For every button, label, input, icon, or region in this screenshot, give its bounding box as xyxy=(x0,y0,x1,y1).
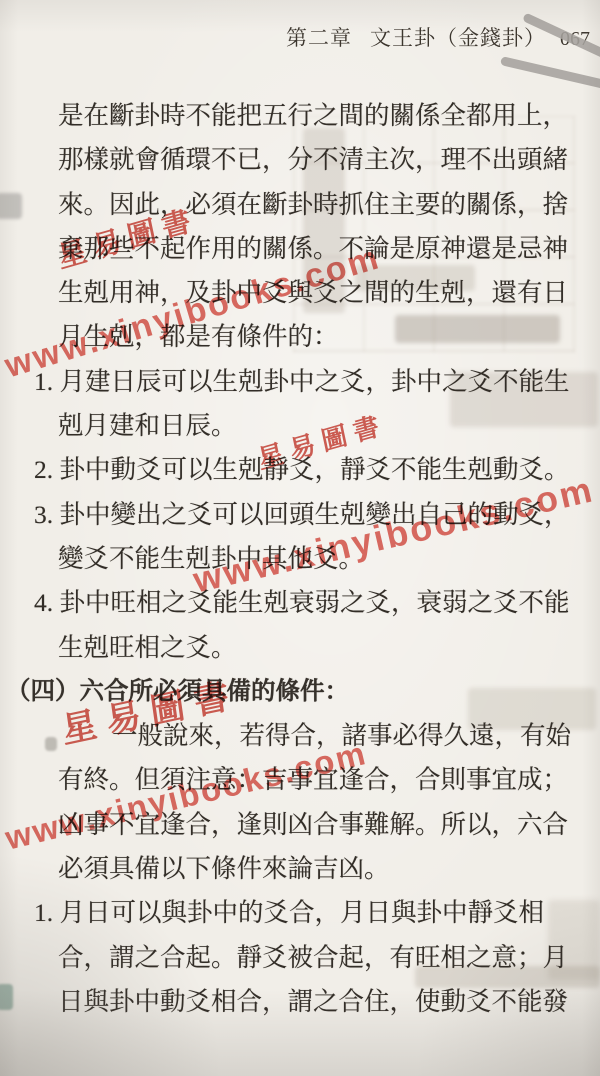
list-item-line: 1. 月日可以與卦中的爻合，月日與卦中靜爻相 xyxy=(34,891,598,935)
list-item-line: 合，謂之合起。靜爻被合起，有旺相之意；月 xyxy=(58,936,598,980)
list-item-line: 生剋旺相之爻。 xyxy=(58,626,598,670)
text-line: 必須具備以下條件來論吉凶。 xyxy=(58,847,598,891)
list-item-line: 1. 月建日辰可以生剋卦中之爻，卦中之爻不能生 xyxy=(34,360,598,404)
edge-mark-green xyxy=(0,984,13,1010)
list-item-line: 4. 卦中旺相之爻能生剋衰弱之爻，衰弱之爻不能 xyxy=(34,581,598,625)
pencil-stroke-icon xyxy=(500,56,600,91)
scanned-book-page: 第二章 文王卦（金錢卦） 067 是在斷卦時不能把五行之間的關係全都用上， 那樣… xyxy=(0,0,600,1076)
text-line: 那樣就會循環不已，分不清主次，理不出頭緒 xyxy=(58,138,598,182)
chapter-label: 第二章 xyxy=(286,22,352,52)
edge-smudge xyxy=(0,193,22,219)
stray-ink-mark xyxy=(45,737,57,751)
text-line: 是在斷卦時不能把五行之間的關係全都用上， xyxy=(58,94,598,138)
list-item-line: 日與卦中動爻相合，謂之合住，使動爻不能發 xyxy=(58,980,598,1024)
chapter-title: 文王卦（金錢卦） xyxy=(370,22,546,52)
